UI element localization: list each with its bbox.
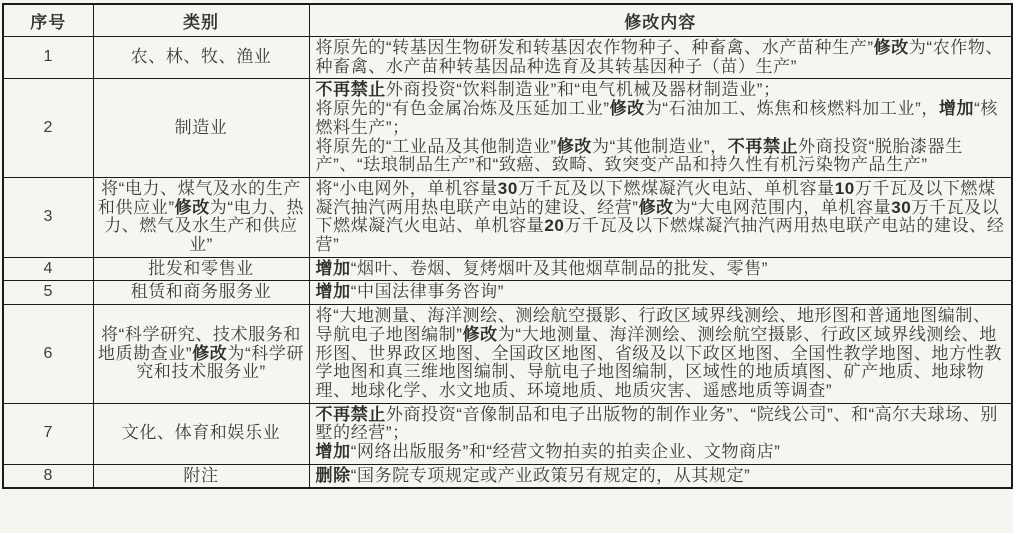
text-paragraph: 批发和零售业	[98, 260, 305, 279]
modification-content-cell: 将“小电网外，单机容量30万千瓦及以下燃煤凝汽火电站、单机容量10万千瓦及以下燃…	[309, 177, 1012, 257]
table-row: 1农、林、牧、渔业将原先的“转基因生物研发和转基因农作物种子、种畜禽、水产苗种生…	[3, 37, 1012, 79]
row-number-cell: 5	[3, 281, 93, 305]
text-segment: “网络出版服务”和“经营文物拍卖的拍卖企业、文物商店”	[351, 442, 781, 461]
text-paragraph: 制造业	[98, 119, 305, 138]
bold-text-segment: 30	[498, 179, 518, 198]
row-number-cell: 2	[3, 79, 93, 178]
table-header-row: 序号 类别 修改内容	[3, 4, 1012, 37]
bold-text-segment: 修改	[639, 198, 674, 217]
bold-text-segment: 增加	[939, 99, 974, 118]
text-segment: “烟叶、卷烟、复烤烟叶及其他烟草制品的批发、零售”	[351, 259, 768, 278]
text-paragraph: 增加“烟叶、卷烟、复烤烟叶及其他烟草制品的批发、零售”	[316, 260, 1007, 279]
table-body: 1农、林、牧、渔业将原先的“转基因生物研发和转基因农作物种子、种畜禽、水产苗种生…	[3, 37, 1012, 489]
row-number-cell: 4	[3, 257, 93, 281]
bold-text-segment: 修改	[192, 344, 227, 363]
category-cell: 批发和零售业	[93, 257, 309, 281]
bold-text-segment: 修改	[874, 38, 909, 57]
text-paragraph: 将“小电网外，单机容量30万千瓦及以下燃煤凝汽火电站、单机容量10万千瓦及以下燃…	[316, 180, 1007, 255]
text-paragraph: 不再禁止外商投资“音像制品和电子出版物的制作业务”、“院线公司”、和“高尔夫球场…	[316, 406, 1007, 443]
modification-content-cell: 删除“国务院专项规定或产业政策另有规定的，从其规定”	[309, 464, 1012, 488]
table-row: 2制造业不再禁止外商投资“饮料制造业”和“电气机械及器材制造业”；将原先的“有色…	[3, 79, 1012, 178]
bold-text-segment: 删除	[316, 466, 351, 485]
text-paragraph: 将“电力、煤气及水的生产和供应业”修改为“电力、热力、燃气及水生产和供应业”	[98, 180, 305, 255]
text-paragraph: 将原先的“工业品及其他制造业”修改为“其他制造业”，不再禁止外商投资“脱胎漆器生…	[316, 138, 1007, 175]
bold-text-segment: 增加	[316, 259, 351, 278]
header-serial-number: 序号	[3, 4, 93, 37]
text-segment: 将原先的“工业品及其他制造业”	[316, 137, 557, 156]
modification-content-cell: 将“大地测量、海洋测绘、测绘航空摄影、行政区域界线测绘、地形图和普通地图编制、导…	[309, 305, 1012, 404]
table-row: 5租赁和商务服务业增加“中国法律事务咨询”	[3, 281, 1012, 305]
modification-content-cell: 增加“中国法律事务咨询”	[309, 281, 1012, 305]
bold-text-segment: 不再禁止	[316, 80, 386, 99]
text-segment: “中国法律事务咨询”	[351, 282, 504, 301]
text-segment: 文化、体育和娱乐业	[122, 423, 280, 442]
bold-text-segment: 增加	[316, 282, 351, 301]
text-paragraph: 文化、体育和娱乐业	[98, 424, 305, 443]
category-cell: 租赁和商务服务业	[93, 281, 309, 305]
category-cell: 附注	[93, 464, 309, 488]
text-segment: 外商投资“音像制品和电子出版物的制作业务”、“院线公司”、和“高尔夫球场、别墅的…	[316, 405, 999, 443]
bold-text-segment: 增加	[316, 442, 351, 461]
text-segment: 外商投资“饮料制造业”和“电气机械及器材制造业”；	[386, 80, 781, 99]
table-row: 7文化、体育和娱乐业不再禁止外商投资“音像制品和电子出版物的制作业务”、“院线公…	[3, 403, 1012, 464]
table-row: 8附注删除“国务院专项规定或产业政策另有规定的，从其规定”	[3, 464, 1012, 488]
text-paragraph: 租赁和商务服务业	[98, 283, 305, 302]
text-segment: 租赁和商务服务业	[131, 282, 272, 301]
header-category: 类别	[93, 4, 309, 37]
table-row: 6将“科学研究、技术服务和地质勘查业”修改为“科学研究和技术服务业”将“大地测量…	[3, 305, 1012, 404]
modification-content-cell: 不再禁止外商投资“饮料制造业”和“电气机械及器材制造业”；将原先的“有色金属冶炼…	[309, 79, 1012, 178]
text-segment: 附注	[183, 466, 218, 485]
text-segment: 将原先的“有色金属冶炼及压延加工业”	[316, 99, 610, 118]
text-segment: 将“小电网外，单机容量	[316, 179, 498, 198]
category-cell: 将“电力、煤气及水的生产和供应业”修改为“电力、热力、燃气及水生产和供应业”	[93, 177, 309, 257]
modification-content-cell: 增加“烟叶、卷烟、复烤烟叶及其他烟草制品的批发、零售”	[309, 257, 1012, 281]
modification-content-cell: 将原先的“转基因生物研发和转基因农作物种子、种畜禽、水产苗种生产”修改为“农作物…	[309, 37, 1012, 79]
text-paragraph: 将“大地测量、海洋测绘、测绘航空摄影、行政区域界线测绘、地形图和普通地图编制、导…	[316, 307, 1007, 401]
text-paragraph: 将“科学研究、技术服务和地质勘查业”修改为“科学研究和技术服务业”	[98, 326, 305, 382]
row-number-cell: 3	[3, 177, 93, 257]
bold-text-segment: 修改	[610, 99, 645, 118]
row-number-cell: 7	[3, 403, 93, 464]
text-segment: 为“石油加工、炼焦和核燃料加工业”，	[645, 99, 939, 118]
bold-text-segment: 修改	[557, 137, 592, 156]
text-segment: 农、林、牧、渔业	[131, 47, 272, 66]
text-paragraph: 农、林、牧、渔业	[98, 48, 305, 67]
text-segment: 万千瓦及以下燃煤凝汽火电站、单机容量	[518, 179, 835, 198]
header-modification-content: 修改内容	[309, 4, 1012, 37]
text-paragraph: 不再禁止外商投资“饮料制造业”和“电气机械及器材制造业”；	[316, 81, 1007, 100]
document-page: 序号 类别 修改内容 1农、林、牧、渔业将原先的“转基因生物研发和转基因农作物种…	[0, 0, 1013, 533]
text-segment: “国务院专项规定或产业政策另有规定的，从其规定”	[351, 466, 751, 485]
category-cell: 制造业	[93, 79, 309, 178]
text-segment: 为“大电网范围内，单机容量	[674, 198, 891, 217]
table-row: 4批发和零售业增加“烟叶、卷烟、复烤烟叶及其他烟草制品的批发、零售”	[3, 257, 1012, 281]
bold-text-segment: 10	[835, 179, 855, 198]
row-number-cell: 1	[3, 37, 93, 79]
text-segment: 制造业	[175, 118, 228, 137]
row-number-cell: 8	[3, 464, 93, 488]
text-paragraph: 将原先的“有色金属冶炼及压延加工业”修改为“石油加工、炼焦和核燃料加工业”，增加…	[316, 100, 1007, 137]
row-number-cell: 6	[3, 305, 93, 404]
bold-text-segment: 修改	[463, 325, 498, 344]
bold-text-segment: 不再禁止	[728, 137, 798, 156]
text-segment: 为“其他制造业”，	[592, 137, 728, 156]
bold-text-segment: 不再禁止	[316, 405, 386, 424]
text-segment: 批发和零售业	[148, 259, 254, 278]
text-paragraph: 删除“国务院专项规定或产业政策另有规定的，从其规定”	[316, 467, 1007, 486]
category-cell: 农、林、牧、渔业	[93, 37, 309, 79]
text-paragraph: 附注	[98, 467, 305, 486]
modification-table: 序号 类别 修改内容 1农、林、牧、渔业将原先的“转基因生物研发和转基因农作物种…	[2, 3, 1013, 489]
text-paragraph: 增加“网络出版服务”和“经营文物拍卖的拍卖企业、文物商店”	[316, 443, 1007, 462]
category-cell: 文化、体育和娱乐业	[93, 403, 309, 464]
category-cell: 将“科学研究、技术服务和地质勘查业”修改为“科学研究和技术服务业”	[93, 305, 309, 404]
table-row: 3将“电力、煤气及水的生产和供应业”修改为“电力、热力、燃气及水生产和供应业”将…	[3, 177, 1012, 257]
text-segment: 将原先的“转基因生物研发和转基因农作物种子、种畜禽、水产苗种生产”	[316, 38, 874, 57]
bold-text-segment: 修改	[175, 198, 210, 217]
bold-text-segment: 20	[544, 216, 564, 235]
modification-content-cell: 不再禁止外商投资“音像制品和电子出版物的制作业务”、“院线公司”、和“高尔夫球场…	[309, 403, 1012, 464]
bold-text-segment: 30	[891, 198, 911, 217]
text-paragraph: 增加“中国法律事务咨询”	[316, 283, 1007, 302]
text-paragraph: 将原先的“转基因生物研发和转基因农作物种子、种畜禽、水产苗种生产”修改为“农作物…	[316, 39, 1007, 76]
